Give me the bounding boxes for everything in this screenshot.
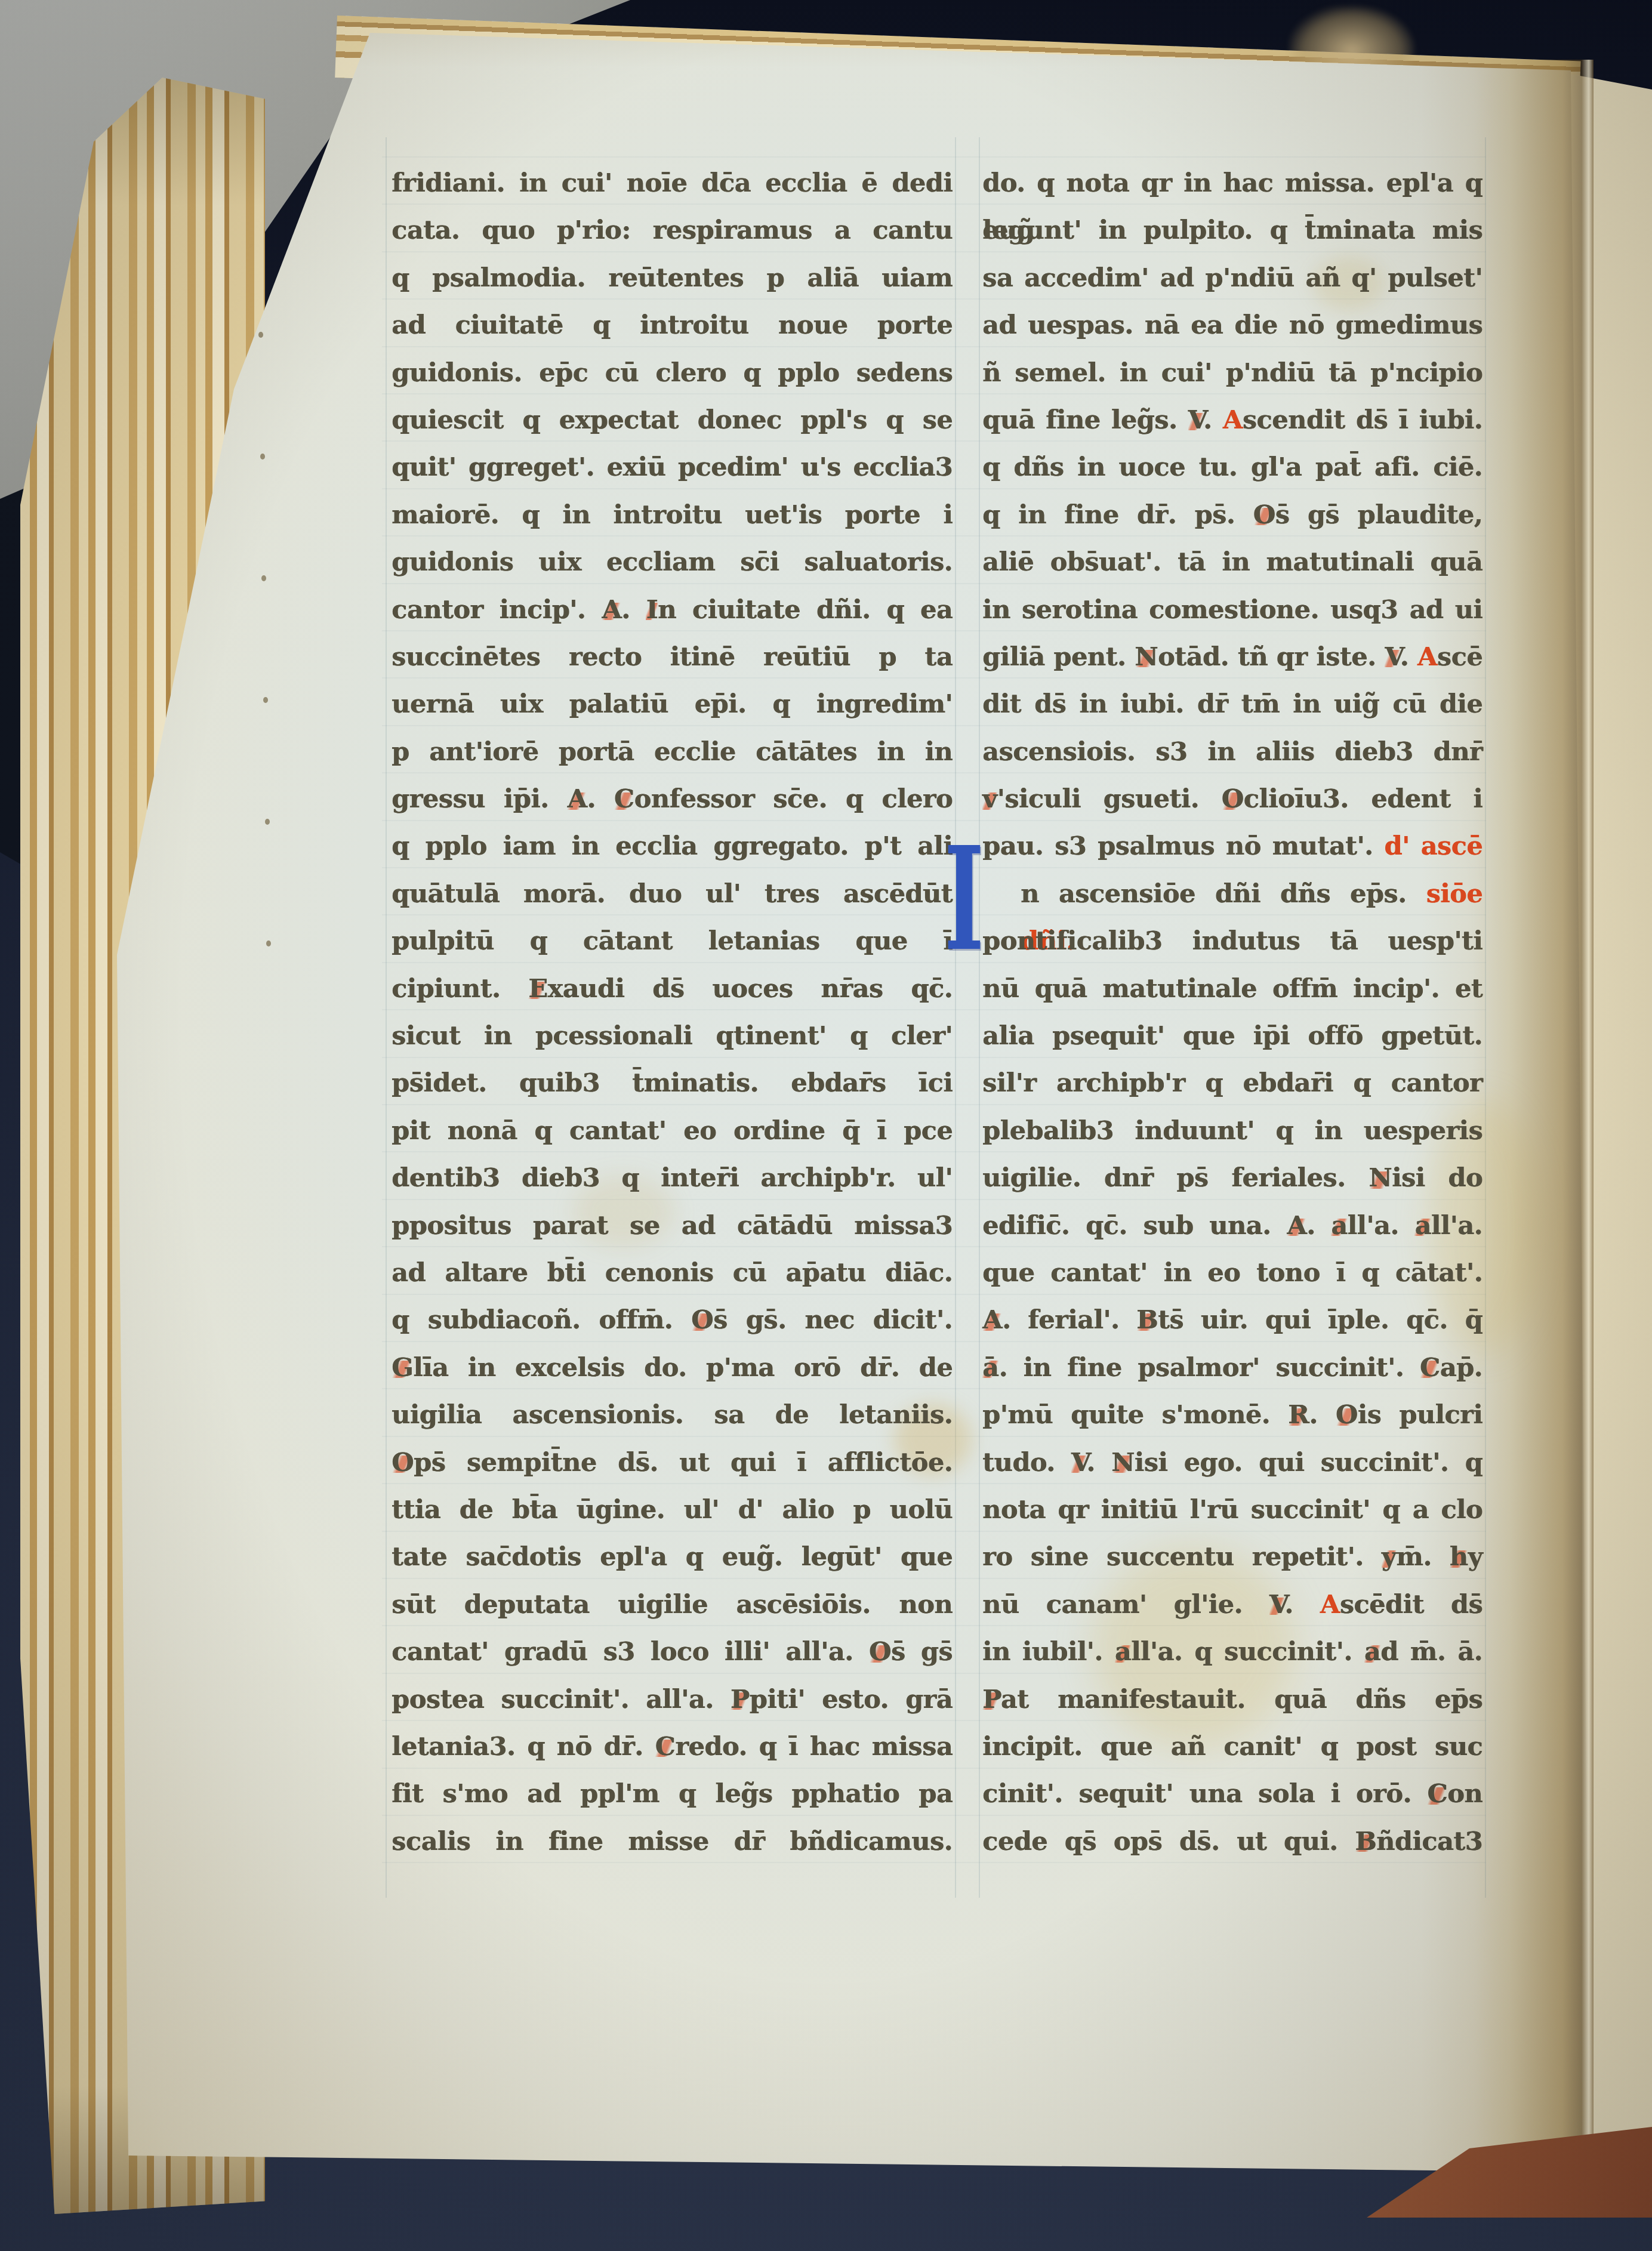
manuscript-line: pontificalib3 indutus tā uesp'ti	[982, 918, 1483, 965]
manuscript-line: ad uespas. nā ea die nō gmedimus	[982, 302, 1483, 349]
left-text-column: fridiani. in cui' noīe dc̄a ecclia ē ded…	[392, 160, 953, 1865]
manuscript-line: dit ds̄ in iubi. dr̄ tm̄ in uig̃ cū die	[982, 681, 1483, 728]
ink-text: alia psequit' que ip̄i offō gpetūt.	[982, 1021, 1483, 1051]
red-touched-letter: O	[869, 1637, 891, 1667]
ink-text: .	[587, 784, 614, 814]
ink-text: ppositus parat se ad cātādū missa3	[392, 1211, 953, 1241]
red-touched-letter: V	[1071, 1448, 1086, 1478]
red-touched-letter: O	[392, 1448, 414, 1478]
manuscript-line: sil'r archipb'r q ebdar̄i q cantor	[982, 1060, 1483, 1107]
ink-text: otād. tñ qr iste.	[1158, 642, 1385, 672]
ink-text: cantor incip'.	[392, 595, 602, 625]
ink-text: tate sac̄dotis epl'a q eug̃. legūt' que	[392, 1542, 953, 1572]
manuscript-line: gressu ip̄i. A. Confessor sc̄e. q clero	[392, 776, 953, 823]
manuscript-line: ad altare bt̄i cenonis cū ap̄atu diāc.	[392, 1250, 953, 1297]
manuscript-line: quātulā morā. duo ul' tres ascēdūt	[392, 871, 953, 918]
manuscript-line: que cantat' in eo tono ī q cātat'.	[982, 1250, 1483, 1297]
manuscript-line: Pat manifestauit. quā dñs ep̄s	[982, 1676, 1483, 1723]
red-touched-letter: V	[1188, 405, 1203, 435]
manuscript-line: q dñs in uoce tu. gl'a pat̄ afi. ciē.	[982, 444, 1483, 491]
manuscript-line: Glīa in excelsis do. p'ma orō dr̄. de	[392, 1345, 953, 1392]
ink-text: giliā pent.	[982, 642, 1135, 672]
ink-text: cantat' gradū s3 loco illi' all'a.	[392, 1637, 869, 1667]
manuscript-line: maiorē. q in introitu uet'is porte i	[392, 492, 953, 539]
manuscript-line: cinit'. sequit' una sola i orō. Con	[982, 1771, 1483, 1818]
red-touched-letter: C	[1427, 1779, 1447, 1809]
red-touched-letter: V	[1269, 1590, 1284, 1620]
ink-text: cata. quo p'rio: respiramus a cantu	[392, 215, 953, 245]
prick-mark	[258, 332, 263, 338]
manuscript-line: plebalib3 induunt' q in uesperis	[982, 1108, 1483, 1155]
manuscript-line: ttia de bt̄a ūgine. ul' d' alio p uolū	[392, 1487, 953, 1534]
prick-mark	[261, 575, 266, 581]
ink-text: quit' ggreget'. exiū pcedim' u's ecclia3	[392, 452, 953, 482]
column-guide-line	[955, 137, 956, 1898]
manuscript-line: nū quā matutinale offm̄ incip'. et	[982, 966, 1483, 1013]
ink-text: .	[1400, 642, 1417, 672]
red-touched-letter: B	[1136, 1305, 1158, 1335]
ink-text: sūt deputata uigilie ascēsiōis. non	[392, 1590, 953, 1620]
ink-text: ttia de bt̄a ūgine. ul' d' alio p uolū	[392, 1495, 953, 1525]
ink-text: ad ciuitatē q introitu noue porte	[392, 310, 953, 340]
ink-text: q dñs in uoce tu. gl'a pat̄ afi. ciē.	[982, 452, 1483, 482]
ink-text: p'mū quite s'monē.	[982, 1400, 1288, 1430]
ink-text: incipit. que añ canit' q post suc	[982, 1732, 1483, 1762]
manuscript-line: pulpitū q cātant letanias que ī	[392, 918, 953, 965]
ink-text: sicut in pcessionali qtinent' q cler'	[392, 1021, 953, 1051]
ink-text: sil'r archipb'r q ebdar̄i q cantor	[982, 1068, 1483, 1098]
ink-text: cinit'. sequit' una sola i orō.	[982, 1779, 1427, 1809]
red-touched-letter: N	[1369, 1163, 1392, 1193]
ink-text: ts̄ uir. qui īple. qc̄. q̄	[1158, 1305, 1483, 1335]
manuscript-line: quiescit q expectat donec ppl's q se	[392, 397, 953, 444]
manuscript-line: nota qr initiū l'rū succinit' q a clo	[982, 1487, 1483, 1534]
ink-text: redo. q ī hac missa	[675, 1732, 953, 1762]
manuscript-line: alia psequit' que ip̄i offō gpetūt.	[982, 1013, 1483, 1060]
ink-text: quiescit q expectat donec ppl's q se	[392, 405, 953, 435]
manuscript-line: quit' ggreget'. exiū pcedim' u's ecclia3	[392, 444, 953, 491]
ink-text: ps̄idet. quib3 t̄minatis. ebdar̄s īci	[392, 1068, 953, 1098]
rubric-text: A	[1417, 642, 1437, 672]
ink-text: quā fine leg̃s.	[982, 405, 1188, 435]
ink-text: q psalmodia. reūtentes p aliā uiam	[392, 263, 953, 293]
ink-text: ro sine succentu repetit'.	[982, 1542, 1382, 1572]
ink-text: ñ semel. in cui' p'ndiū tā p'ncipio	[982, 358, 1483, 388]
ink-text: dit ds̄ in iubi. dr̄ tm̄ in uig̃ cū die	[982, 689, 1483, 719]
ink-text: q subdiacoñ. offm̄.	[392, 1305, 691, 1335]
manuscript-line: ñ semel. in cui' p'ndiū tā p'ncipio	[982, 350, 1483, 397]
manuscript-line: ps̄idet. quib3 t̄minatis. ebdar̄s īci	[392, 1060, 953, 1107]
manuscript-photo: fridiani. in cui' noīe dc̄a ecclia ē ded…	[0, 0, 1652, 2251]
ink-text: maiorē. q in introitu uet'is porte i	[392, 500, 953, 530]
manuscript-line: Ops̄ sempit̄ne ds̄. ut qui ī afflictōe.	[392, 1439, 953, 1487]
red-touched-letter: O	[1253, 500, 1275, 530]
red-touched-letter: O	[1222, 784, 1244, 814]
ink-text: uigilie. dnr̄ ps̄ feriales.	[982, 1163, 1369, 1193]
ink-text: .	[1203, 405, 1223, 435]
manuscript-line: uigilie. dnr̄ ps̄ feriales. Nisi do	[982, 1155, 1483, 1202]
ink-text: letania3. q nō dr̄.	[392, 1732, 655, 1762]
ink-text: plebalib3 induunt' q in uesperis	[982, 1116, 1483, 1146]
manuscript-line: edific̄. qc̄. sub una. A. all'a. all'a.	[982, 1202, 1483, 1250]
ink-text: dentib3 dieb3 q inter̄i archipb'r. ul'	[392, 1163, 953, 1193]
red-touched-letter: a	[1331, 1211, 1347, 1241]
right-text-column: do. q nota qr in hac missa. epl'a q eug̃…	[982, 160, 1483, 1865]
prick-mark	[263, 697, 268, 703]
manuscript-line: do. q nota qr in hac missa. epl'a q eug̃…	[982, 160, 1483, 207]
ink-text: in iubil'.	[982, 1637, 1115, 1667]
ink-text: ad altare bt̄i cenonis cū ap̄atu diāc.	[392, 1258, 953, 1288]
red-touched-letter: V	[1385, 642, 1400, 672]
ink-text: piti' esto. grā	[750, 1685, 953, 1715]
manuscript-line: legunt' in pulpito. q t̄minata mis	[982, 207, 1483, 254]
ink-text: cede qs̄ ops̄ ds̄. ut qui.	[982, 1827, 1355, 1857]
ink-text: ad uespas. nā ea die nō gmedimus	[982, 310, 1483, 340]
ink-text: .	[1086, 1448, 1111, 1478]
manuscript-line: n ascensiōe dñi dñs ep̄s. siōe dñi.	[982, 871, 1483, 918]
ink-text: s̄ gs̄	[891, 1637, 953, 1667]
ink-text: in serotina comestione. usq3 ad ui	[982, 595, 1483, 625]
manuscript-line: in iubil'. all'a. q succinit'. ad m̄. ā.	[982, 1629, 1483, 1676]
ink-text: guidonis. ep̄c cū clero q pplo sedens	[392, 358, 953, 388]
ink-text: ll'a.	[1348, 1211, 1415, 1241]
ink-text: ps̄ sempit̄ne ds̄. ut qui ī afflictōe.	[414, 1448, 953, 1478]
ink-text: m̄.	[1396, 1542, 1450, 1572]
rubric-text: A	[1320, 1590, 1340, 1620]
ink-text: quātulā morā. duo ul' tres ascēdūt	[392, 879, 953, 909]
manuscript-line: sūt deputata uigilie ascēsiōis. non	[392, 1581, 953, 1629]
manuscript-line: p'mū quite s'monē. R. Ois pulcri	[982, 1392, 1483, 1439]
manuscript-line: in serotina comestione. usq3 ad ui	[982, 587, 1483, 634]
ink-text: pau. s3 psalmus nō mutat'.	[982, 831, 1384, 861]
manuscript-line: uernā uix palatiū ep̄i. q ingredim'	[392, 681, 953, 728]
manuscript-line: cede qs̄ ops̄ ds̄. ut qui. Bñdicat3	[982, 1818, 1483, 1865]
ink-text: līa in excelsis do. p'ma orō dr̄. de	[413, 1353, 953, 1383]
ink-text: n ascensiōe dñi dñs ep̄s.	[1021, 879, 1426, 909]
manuscript-line: scalis in fine misse dr̄ bñdicamus.	[392, 1818, 953, 1865]
column-guide-line	[386, 137, 387, 1898]
manuscript-line: pit nonā q cantat' eo ordine q̄ ī pce	[392, 1108, 953, 1155]
red-touched-letter: O	[691, 1305, 713, 1335]
manuscript-line: postea succinit'. all'a. Ppiti' esto. gr…	[392, 1676, 953, 1723]
column-guide-line	[979, 137, 980, 1898]
prick-mark	[265, 819, 270, 825]
manuscript-line: ad ciuitatē q introitu noue porte	[392, 302, 953, 349]
ink-text: q pplo iam in ecclia ggregato. p't ali	[392, 831, 953, 861]
ink-text: legunt' in pulpito. q t̄minata mis	[982, 215, 1483, 245]
manuscript-line: cata. quo p'rio: respiramus a cantu	[392, 207, 953, 254]
manuscript-line: tate sac̄dotis epl'a q eug̃. legūt' que	[392, 1534, 953, 1581]
red-touched-letter: N	[1135, 642, 1158, 672]
red-touched-letter: G	[392, 1353, 413, 1383]
red-touched-letter: a	[1364, 1637, 1380, 1667]
ink-text: pulpitū q cātant letanias que ī	[392, 926, 953, 956]
ink-text: is pulcri	[1358, 1400, 1483, 1430]
red-touched-letter: P	[982, 1685, 1001, 1715]
manuscript-line: uigilia ascensionis. sa de letaniis.	[392, 1392, 953, 1439]
red-touched-letter: P	[731, 1685, 750, 1715]
rubric-text: A	[1223, 405, 1243, 435]
ink-text: nū quā matutinale offm̄ incip'. et	[982, 974, 1483, 1004]
red-touched-letter: ā	[982, 1353, 998, 1383]
ink-text: .	[1306, 1211, 1331, 1241]
red-touched-letter: N	[1111, 1448, 1135, 1478]
manuscript-line: nū canam' gl'ie. V. Ascēdit ds̄	[982, 1581, 1483, 1629]
ink-text: postea succinit'. all'a.	[392, 1685, 731, 1715]
ink-text: nota qr initiū l'rū succinit' q a clo	[982, 1495, 1483, 1525]
ink-text: clioīu3. edent i	[1244, 784, 1483, 814]
ink-text: . ferial'.	[1002, 1305, 1136, 1335]
ink-text: succinētes recto itinē reūtiū p ta	[392, 642, 953, 672]
red-touched-letter: E	[528, 974, 547, 1004]
red-touched-letter: O	[1336, 1400, 1358, 1430]
red-touched-letter: B	[1355, 1827, 1376, 1857]
manuscript-line: aliē obs̄uat'. tā in matutinali quā	[982, 539, 1483, 586]
red-touched-letter: v	[982, 784, 997, 814]
manuscript-line: tudo. V. Nisi ego. qui succinit'. q	[982, 1439, 1483, 1487]
ink-text: ñdicat3	[1376, 1827, 1483, 1857]
ink-text: nū canam' gl'ie.	[982, 1590, 1269, 1620]
manuscript-line: dentib3 dieb3 q inter̄i archipb'r. ul'	[392, 1155, 953, 1202]
ink-text: ascensiois. s3 in aliis dieb3 dnr̄	[982, 737, 1483, 767]
red-touched-letter: A	[602, 595, 621, 625]
red-touched-letter: a	[1414, 1211, 1431, 1241]
manuscript-line: giliā pent. Notād. tñ qr iste. V. Ascē	[982, 634, 1483, 681]
red-touched-letter: C	[614, 784, 634, 814]
ink-text: isi ego. qui succinit'. q	[1135, 1448, 1483, 1478]
manuscript-line: fit s'mo ad ppl'm q leg̃s pphatio pa	[392, 1771, 953, 1818]
red-touched-letter: A	[982, 1305, 1002, 1335]
ink-text: at manifestauit. quā dñs ep̄s	[1001, 1685, 1483, 1715]
manuscript-line: cantor incip'. A. In ciuitate dñi. q ea	[392, 587, 953, 634]
manuscript-line: cantat' gradū s3 loco illi' all'a. Os̄ g…	[392, 1629, 953, 1676]
manuscript-line: pau. s3 psalmus nō mutat'. d' ascē	[982, 823, 1483, 870]
ink-text: p ant'iorē portā ecclie cātātes in in	[392, 737, 953, 767]
ink-text: s̄ gs̄. nec dicit'.	[713, 1305, 953, 1335]
ink-text: .	[621, 595, 646, 625]
ink-text: q in fine dr̄. ps̄.	[982, 500, 1253, 530]
manuscript-line: fridiani. in cui' noīe dc̄a ecclia ē ded…	[392, 160, 953, 207]
red-touched-letter: A	[567, 784, 587, 814]
ink-text: tudo.	[982, 1448, 1071, 1478]
manuscript-line: ascensiois. s3 in aliis dieb3 dnr̄	[982, 729, 1483, 776]
prick-mark	[260, 454, 265, 460]
manuscript-line: q subdiacoñ. offm̄. Os̄ gs̄. nec dicit'.	[392, 1297, 953, 1344]
illuminated-initial-I: I	[944, 838, 973, 966]
rubric-text: d' ascē	[1384, 831, 1483, 861]
manuscript-line: letania3. q nō dr̄. Credo. q ī hac missa	[392, 1723, 953, 1771]
red-touched-letter: A	[1287, 1211, 1306, 1241]
ink-text: n ciuitate dñi. q ea	[658, 595, 953, 625]
ink-text: fridiani. in cui' noīe dc̄a ecclia ē ded…	[392, 168, 953, 198]
manuscript-line: p ant'iorē portā ecclie cātātes in in	[392, 729, 953, 776]
manuscript-line: cipiunt. Exaudi ds̄ uoces nr̄as qc̄.	[392, 966, 953, 1013]
ink-text: sa accedim' ad p'ndiū añ q' pulset'	[982, 263, 1483, 293]
ink-text: onfessor sc̄e. q clero	[634, 784, 953, 814]
prick-mark	[266, 941, 271, 946]
manuscript-line: sa accedim' ad p'ndiū añ q' pulset'	[982, 255, 1483, 302]
manuscript-line: ā. in fine psalmor' succinit'. Cap̄.	[982, 1345, 1483, 1392]
red-touched-letter: C	[1420, 1353, 1440, 1383]
manuscript-line: q in fine dr̄. ps̄. Os̄ gs̄ plaudite,	[982, 492, 1483, 539]
ink-text: .	[1309, 1400, 1335, 1430]
ink-text: scēdit ds̄	[1340, 1590, 1483, 1620]
ink-text: pit nonā q cantat' eo ordine q̄ ī pce	[392, 1116, 953, 1146]
red-touched-letter: y	[1382, 1542, 1397, 1572]
ink-text: .	[1284, 1590, 1320, 1620]
ink-text: fit s'mo ad ppl'm q leg̃s pphatio pa	[392, 1779, 953, 1809]
manuscript-line: quā fine leg̃s. V. Ascendit ds̄ ī iubi.	[982, 397, 1483, 444]
manuscript-line: succinētes recto itinē reūtiū p ta	[392, 634, 953, 681]
ink-text: edific̄. qc̄. sub una.	[982, 1211, 1287, 1241]
ink-text: scendit ds̄ ī iubi.	[1243, 405, 1483, 435]
manuscript-line: guidonis. ep̄c cū clero q pplo sedens	[392, 350, 953, 397]
red-touched-letter: a	[1115, 1637, 1131, 1667]
manuscript-line: v'siculi gsueti. Oclioīu3. edent i	[982, 776, 1483, 823]
manuscript-line: q psalmodia. reūtentes p aliā uiam	[392, 255, 953, 302]
manuscript-line: ppositus parat se ad cātādū missa3	[392, 1202, 953, 1250]
red-touched-letter: R	[1288, 1400, 1309, 1430]
ink-text: xaudi ds̄ uoces nr̄as qc̄.	[547, 974, 953, 1004]
red-touched-letter: C	[655, 1732, 675, 1762]
ink-text: cipiunt.	[392, 974, 528, 1004]
ink-text: aliē obs̄uat'. tā in matutinali quā	[982, 547, 1483, 577]
gutter-fold-shading	[1474, 60, 1594, 2177]
ink-text: scalis in fine misse dr̄ bñdicamus.	[392, 1827, 953, 1857]
ink-text: uigilia ascensionis. sa de letaniis.	[392, 1400, 953, 1430]
ink-text: d m̄. ā.	[1380, 1637, 1483, 1667]
manuscript-line: A. ferial'. Bts̄ uir. qui īple. qc̄. q̄	[982, 1297, 1483, 1344]
ink-text: uernā uix palatiū ep̄i. q ingredim'	[392, 689, 953, 719]
ink-text: 'siculi gsueti.	[997, 784, 1222, 814]
manuscript-line: incipit. que añ canit' q post suc	[982, 1723, 1483, 1771]
manuscript-line: ro sine succentu repetit'. ym̄. hy	[982, 1534, 1483, 1581]
ink-text: isi do	[1392, 1163, 1483, 1193]
manuscript-line: sicut in pcessionali qtinent' q cler'	[392, 1013, 953, 1060]
ink-text: ll'a. q succinit'.	[1131, 1637, 1364, 1667]
manuscript-line: q pplo iam in ecclia ggregato. p't ali	[392, 823, 953, 870]
manuscript-line: guidonis uix eccliam sc̄i saluatoris.	[392, 539, 953, 586]
ink-text: pontificalib3 indutus tā uesp'ti	[982, 926, 1483, 956]
red-touched-letter: I	[646, 595, 658, 625]
ink-text: guidonis uix eccliam sc̄i saluatoris.	[392, 547, 953, 577]
ink-text: s̄ gs̄ plaudite,	[1275, 500, 1483, 530]
ink-text: que cantat' in eo tono ī q cātat'.	[982, 1258, 1483, 1288]
ink-text: gressu ip̄i.	[392, 784, 567, 814]
red-touched-letter: h	[1450, 1542, 1468, 1572]
ink-text: . in fine psalmor' succinit'.	[998, 1353, 1419, 1383]
